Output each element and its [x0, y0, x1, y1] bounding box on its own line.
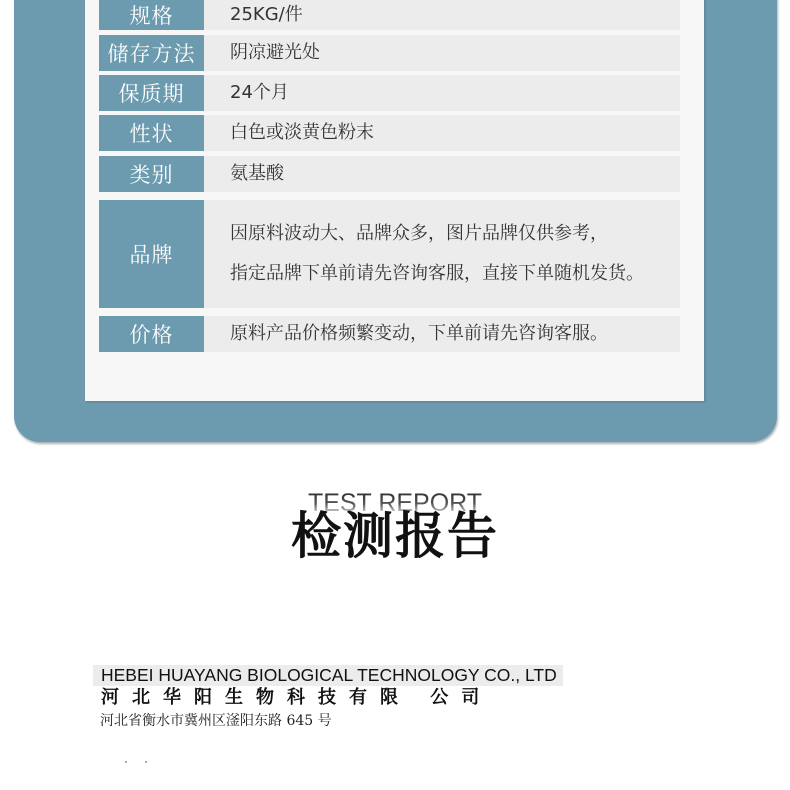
spec-row-appearance: 性状 白色或淡黄色粉末 — [99, 115, 680, 151]
shelf-life-value-text: 24个月 — [230, 73, 680, 113]
storage-value: 阴凉避光处 — [204, 35, 680, 71]
shelf-life-value: 24个月 — [204, 75, 680, 111]
brand-value-line-1: 因原料波动大、品牌众多，图片品牌仅供参考， — [230, 214, 680, 254]
shelf-life-label: 保质期 — [99, 75, 204, 111]
appearance-value-text: 白色或淡黄色粉末 — [230, 113, 680, 153]
spec-value-text: 25KG/件 — [230, 0, 680, 35]
storage-value-text: 阴凉避光处 — [230, 33, 680, 73]
spec-row-category: 类别 氨基酸 — [99, 156, 680, 192]
price-value-text: 原料产品价格频繁变动，下单前请先咨询客服。 — [230, 314, 680, 354]
category-label: 类别 — [99, 156, 204, 192]
spec-row-shelf-life: 保质期 24个月 — [99, 75, 680, 111]
category-value-text: 氨基酸 — [230, 154, 680, 194]
spec-label: 规格 — [99, 0, 204, 30]
brand-value: 因原料波动大、品牌众多，图片品牌仅供参考， 指定品牌下单前请先咨询客服，直接下单… — [204, 200, 680, 308]
appearance-label: 性状 — [99, 115, 204, 151]
spec-row-price: 价格 原料产品价格频繁变动，下单前请先咨询客服。 — [99, 316, 680, 352]
appearance-value: 白色或淡黄色粉末 — [204, 115, 680, 151]
spec-row-brand: 品牌 因原料波动大、品牌众多，图片品牌仅供参考， 指定品牌下单前请先咨询客服，直… — [99, 200, 680, 308]
price-label: 价格 — [99, 316, 204, 352]
company-name-en: HEBEI HUAYANG BIOLOGICAL TECHNOLOGY CO.,… — [93, 665, 563, 686]
brand-label: 品牌 — [99, 200, 204, 308]
brand-value-line-2: 指定品牌下单前请先咨询客服，直接下单随机发货。 — [230, 254, 680, 294]
spec-row-storage: 储存方法 阴凉避光处 — [99, 35, 680, 71]
spec-value: 25KG/件 — [204, 0, 680, 30]
category-value: 氨基酸 — [204, 156, 680, 192]
storage-label: 储存方法 — [99, 35, 204, 71]
company-name-cn: 河北华阳生物科技有限 公司 — [101, 686, 492, 710]
decorative-dots — [125, 761, 155, 765]
price-value: 原料产品价格频繁变动，下单前请先咨询客服。 — [204, 316, 680, 352]
report-title: 检测报告 — [0, 504, 790, 568]
company-address: 河北省衡水市冀州区滏阳东路 645 号 — [100, 711, 332, 731]
spec-row-spec: 规格 25KG/件 — [99, 0, 680, 30]
